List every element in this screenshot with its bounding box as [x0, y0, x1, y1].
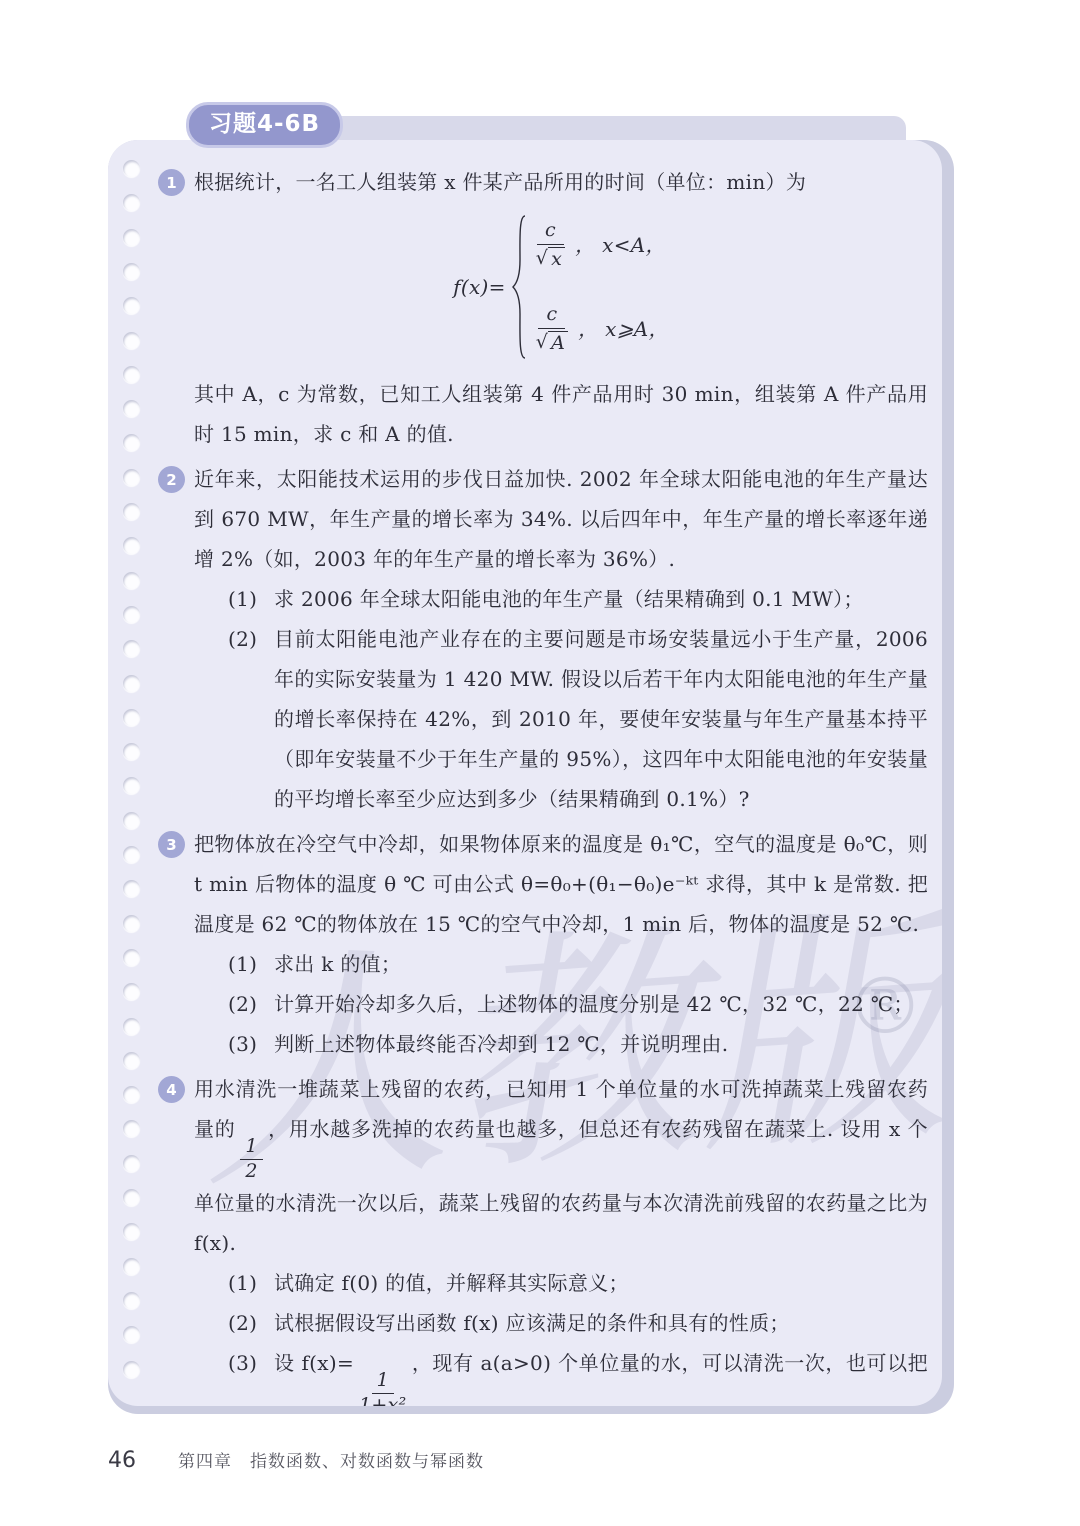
chapter-title: 第四章 指数函数、对数函数与幂函数: [178, 1447, 484, 1472]
radical-sign: √: [536, 331, 548, 354]
sub-question-marker: (3): [228, 1024, 274, 1064]
sub-question: (2) 目前太阳能电池产业存在的主要问题是市场安装量远小于生产量，2006 年的…: [194, 619, 928, 819]
fraction: c √A: [536, 303, 568, 355]
page-panel: 人教版 ® 1 根据统计，一名工人组装第 x 件某产品所用的时间（单位：min）…: [108, 140, 942, 1406]
formula-lead: 设 f(x)=: [274, 1351, 354, 1375]
fraction-numerator: 1: [372, 1370, 394, 1394]
problem-number-badge: 2: [158, 466, 185, 493]
punch-hole: [123, 1018, 140, 1035]
punch-hole: [123, 434, 140, 451]
sub-question-marker: (1): [228, 944, 274, 984]
sub-question-marker: (2): [228, 1303, 274, 1343]
sub-question-text: 试根据假设写出函数 f(x) 应该满足的条件和具有的性质；: [274, 1303, 928, 1343]
problem-3: 3 把物体放在冷空气中冷却，如果物体原来的温度是 θ₁℃，空气的温度是 θ₀℃，…: [158, 824, 928, 1064]
fraction: 11+x²: [359, 1370, 407, 1406]
punch-hole: [123, 1155, 140, 1172]
punch-hole: [123, 949, 140, 966]
sub-question: (1) 求出 k 的值；: [194, 944, 928, 984]
punch-hole: [123, 160, 140, 177]
intro-text: ，用水越多洗掉的农药量也越多，但总还有农药残留在蔬菜上. 设用 x 个单位量的水…: [194, 1117, 928, 1255]
page-footer: 46 第四章 指数函数、对数函数与幂函数: [108, 1447, 484, 1473]
punch-hole: [123, 572, 140, 589]
problem-4: 4 用水清洗一堆蔬菜上残留的农药，已知用 1 个单位量的水可洗掉蔬菜上残留农药量…: [158, 1069, 928, 1406]
punch-hole: [123, 743, 140, 760]
fraction-numerator: c: [537, 219, 564, 245]
punch-hole: [123, 777, 140, 794]
problem-1-outro: 其中 A，c 为常数，已知工人组装第 4 件产品用时 30 min，组装第 A …: [194, 374, 928, 454]
punch-hole: [123, 469, 140, 486]
problem-3-intro: 把物体放在冷空气中冷却，如果物体原来的温度是 θ₁℃，空气的温度是 θ₀℃，则 …: [194, 824, 928, 944]
punch-hole: [123, 812, 140, 829]
punch-hole: [123, 229, 140, 246]
punch-hole: [123, 606, 140, 623]
case-row: c √A ， x⩾A，: [536, 303, 669, 355]
punch-hole: [123, 1223, 140, 1240]
problem-1-intro: 根据统计，一名工人组装第 x 件某产品所用的时间（单位：min）为: [194, 162, 928, 202]
punch-hole: [123, 1361, 140, 1378]
punch-hole: [123, 1326, 140, 1343]
problem-number-badge: 1: [158, 169, 185, 196]
radical-sign: √: [536, 247, 548, 270]
punch-hole: [123, 983, 140, 1000]
punch-hole: [123, 537, 140, 554]
punch-hole: [123, 640, 140, 657]
punch-hole: [123, 1052, 140, 1069]
punch-hole: [123, 332, 140, 349]
sub-question-text: 求出 k 的值；: [274, 944, 928, 984]
sub-question: (3) 设 f(x)=11+x²，现有 a(a>0) 个单位量的水，可以清洗一次…: [194, 1343, 928, 1406]
fraction: c √x: [536, 219, 565, 271]
problem-1: 1 根据统计，一名工人组装第 x 件某产品所用的时间（单位：min）为 f(x)…: [158, 162, 928, 454]
punch-hole: [123, 400, 140, 417]
exercise-content: 1 根据统计，一名工人组装第 x 件某产品所用的时间（单位：min）为 f(x)…: [158, 162, 928, 1406]
formula-lhs: f(x)=: [453, 267, 506, 307]
page-panel-edge: 人教版 ® 1 根据统计，一名工人组装第 x 件某产品所用的时间（单位：min）…: [108, 140, 954, 1414]
fraction-numerator: 1: [240, 1136, 262, 1160]
problem-text: 用水清洗一堆蔬菜上残留的农药，已知用 1 个单位量的水可洗掉蔬菜上残留农药量的1…: [194, 1069, 928, 1406]
punch-hole: [123, 366, 140, 383]
punch-hole: [123, 1258, 140, 1275]
problem-number-badge: 4: [158, 1076, 185, 1103]
sub-question-marker: (2): [228, 984, 274, 1024]
problem-2-intro: 近年来，太阳能技术运用的步伐日益加快. 2002 年全球太阳能电池的年生产量达到…: [194, 459, 928, 579]
sub-question-text: 目前太阳能电池产业存在的主要问题是市场安装量远小于生产量，2006 年的实际安装…: [274, 619, 928, 819]
sub-question-text: 判断上述物体最终能否冷却到 12 ℃，并说明理由.: [274, 1024, 928, 1064]
case-condition: ， x⩾A，: [578, 309, 669, 349]
fraction-denominator: 2: [245, 1160, 257, 1183]
sub-question-text: 试确定 f(0) 的值，并解释其实际意义；: [274, 1263, 928, 1303]
fraction: 12: [240, 1136, 262, 1183]
sub-question-text: 求 2006 年全球太阳能电池的年生产量（结果精确到 0.1 MW）；: [274, 579, 928, 619]
radicand: x: [548, 247, 565, 271]
problem-4-intro: 用水清洗一堆蔬菜上残留的农药，已知用 1 个单位量的水可洗掉蔬菜上残留农药量的1…: [194, 1069, 928, 1263]
punch-hole: [123, 1292, 140, 1309]
punch-hole: [123, 675, 140, 692]
punch-hole: [123, 1120, 140, 1137]
formula-cases: c √x ， x<A， c √A ， x⩾A，: [536, 219, 669, 354]
punch-hole: [123, 194, 140, 211]
problem-text: 近年来，太阳能技术运用的步伐日益加快. 2002 年全球太阳能电池的年生产量达到…: [194, 459, 928, 819]
page-number: 46: [108, 1448, 136, 1473]
case-row: c √x ， x<A，: [536, 219, 669, 271]
sub-question: (2) 试根据假设写出函数 f(x) 应该满足的条件和具有的性质；: [194, 1303, 928, 1343]
problem-number-badge: 3: [158, 831, 185, 858]
piecewise-formula: f(x)= c √x ， x<A，: [194, 212, 928, 362]
sub-question-marker: (1): [228, 579, 274, 619]
sub-question-marker: (1): [228, 1263, 274, 1303]
sub-question: (1) 试确定 f(0) 的值，并解释其实际意义；: [194, 1263, 928, 1303]
exercise-badge: 习题4-6B: [186, 102, 343, 148]
punch-hole: [123, 1189, 140, 1206]
sub-question-text: 设 f(x)=11+x²，现有 a(a>0) 个单位量的水，可以清洗一次，也可以…: [274, 1343, 928, 1406]
case-condition: ， x<A，: [575, 225, 666, 265]
fraction-denominator: √x: [536, 245, 565, 271]
problem-text: 把物体放在冷空气中冷却，如果物体原来的温度是 θ₁℃，空气的温度是 θ₀℃，则 …: [194, 824, 928, 1064]
sub-question-marker: (3): [228, 1343, 274, 1406]
sub-question: (2) 计算开始冷却多久后，上述物体的温度分别是 42 ℃，32 ℃，22 ℃；: [194, 984, 928, 1024]
problem-text: 根据统计，一名工人组装第 x 件某产品所用的时间（单位：min）为 f(x)= …: [194, 162, 928, 454]
fraction-numerator: c: [538, 303, 565, 329]
sub-question: (3) 判断上述物体最终能否冷却到 12 ℃，并说明理由.: [194, 1024, 928, 1064]
curly-brace-icon: [510, 212, 528, 362]
punch-hole: [123, 1086, 140, 1103]
fraction-denominator: 1+x²: [359, 1394, 407, 1406]
fraction-denominator: √A: [536, 329, 568, 355]
sub-question-text: 计算开始冷却多久后，上述物体的温度分别是 42 ℃，32 ℃，22 ℃；: [274, 984, 928, 1024]
punch-hole: [123, 846, 140, 863]
punch-hole: [123, 880, 140, 897]
sub-question: (1) 求 2006 年全球太阳能电池的年生产量（结果精确到 0.1 MW）；: [194, 579, 928, 619]
punch-hole: [123, 263, 140, 280]
radicand: A: [548, 331, 568, 355]
punch-hole: [123, 709, 140, 726]
sub-question-marker: (2): [228, 619, 274, 819]
punch-hole: [123, 915, 140, 932]
punch-hole: [123, 503, 140, 520]
problem-2: 2 近年来，太阳能技术运用的步伐日益加快. 2002 年全球太阳能电池的年生产量…: [158, 459, 928, 819]
punch-hole: [123, 297, 140, 314]
